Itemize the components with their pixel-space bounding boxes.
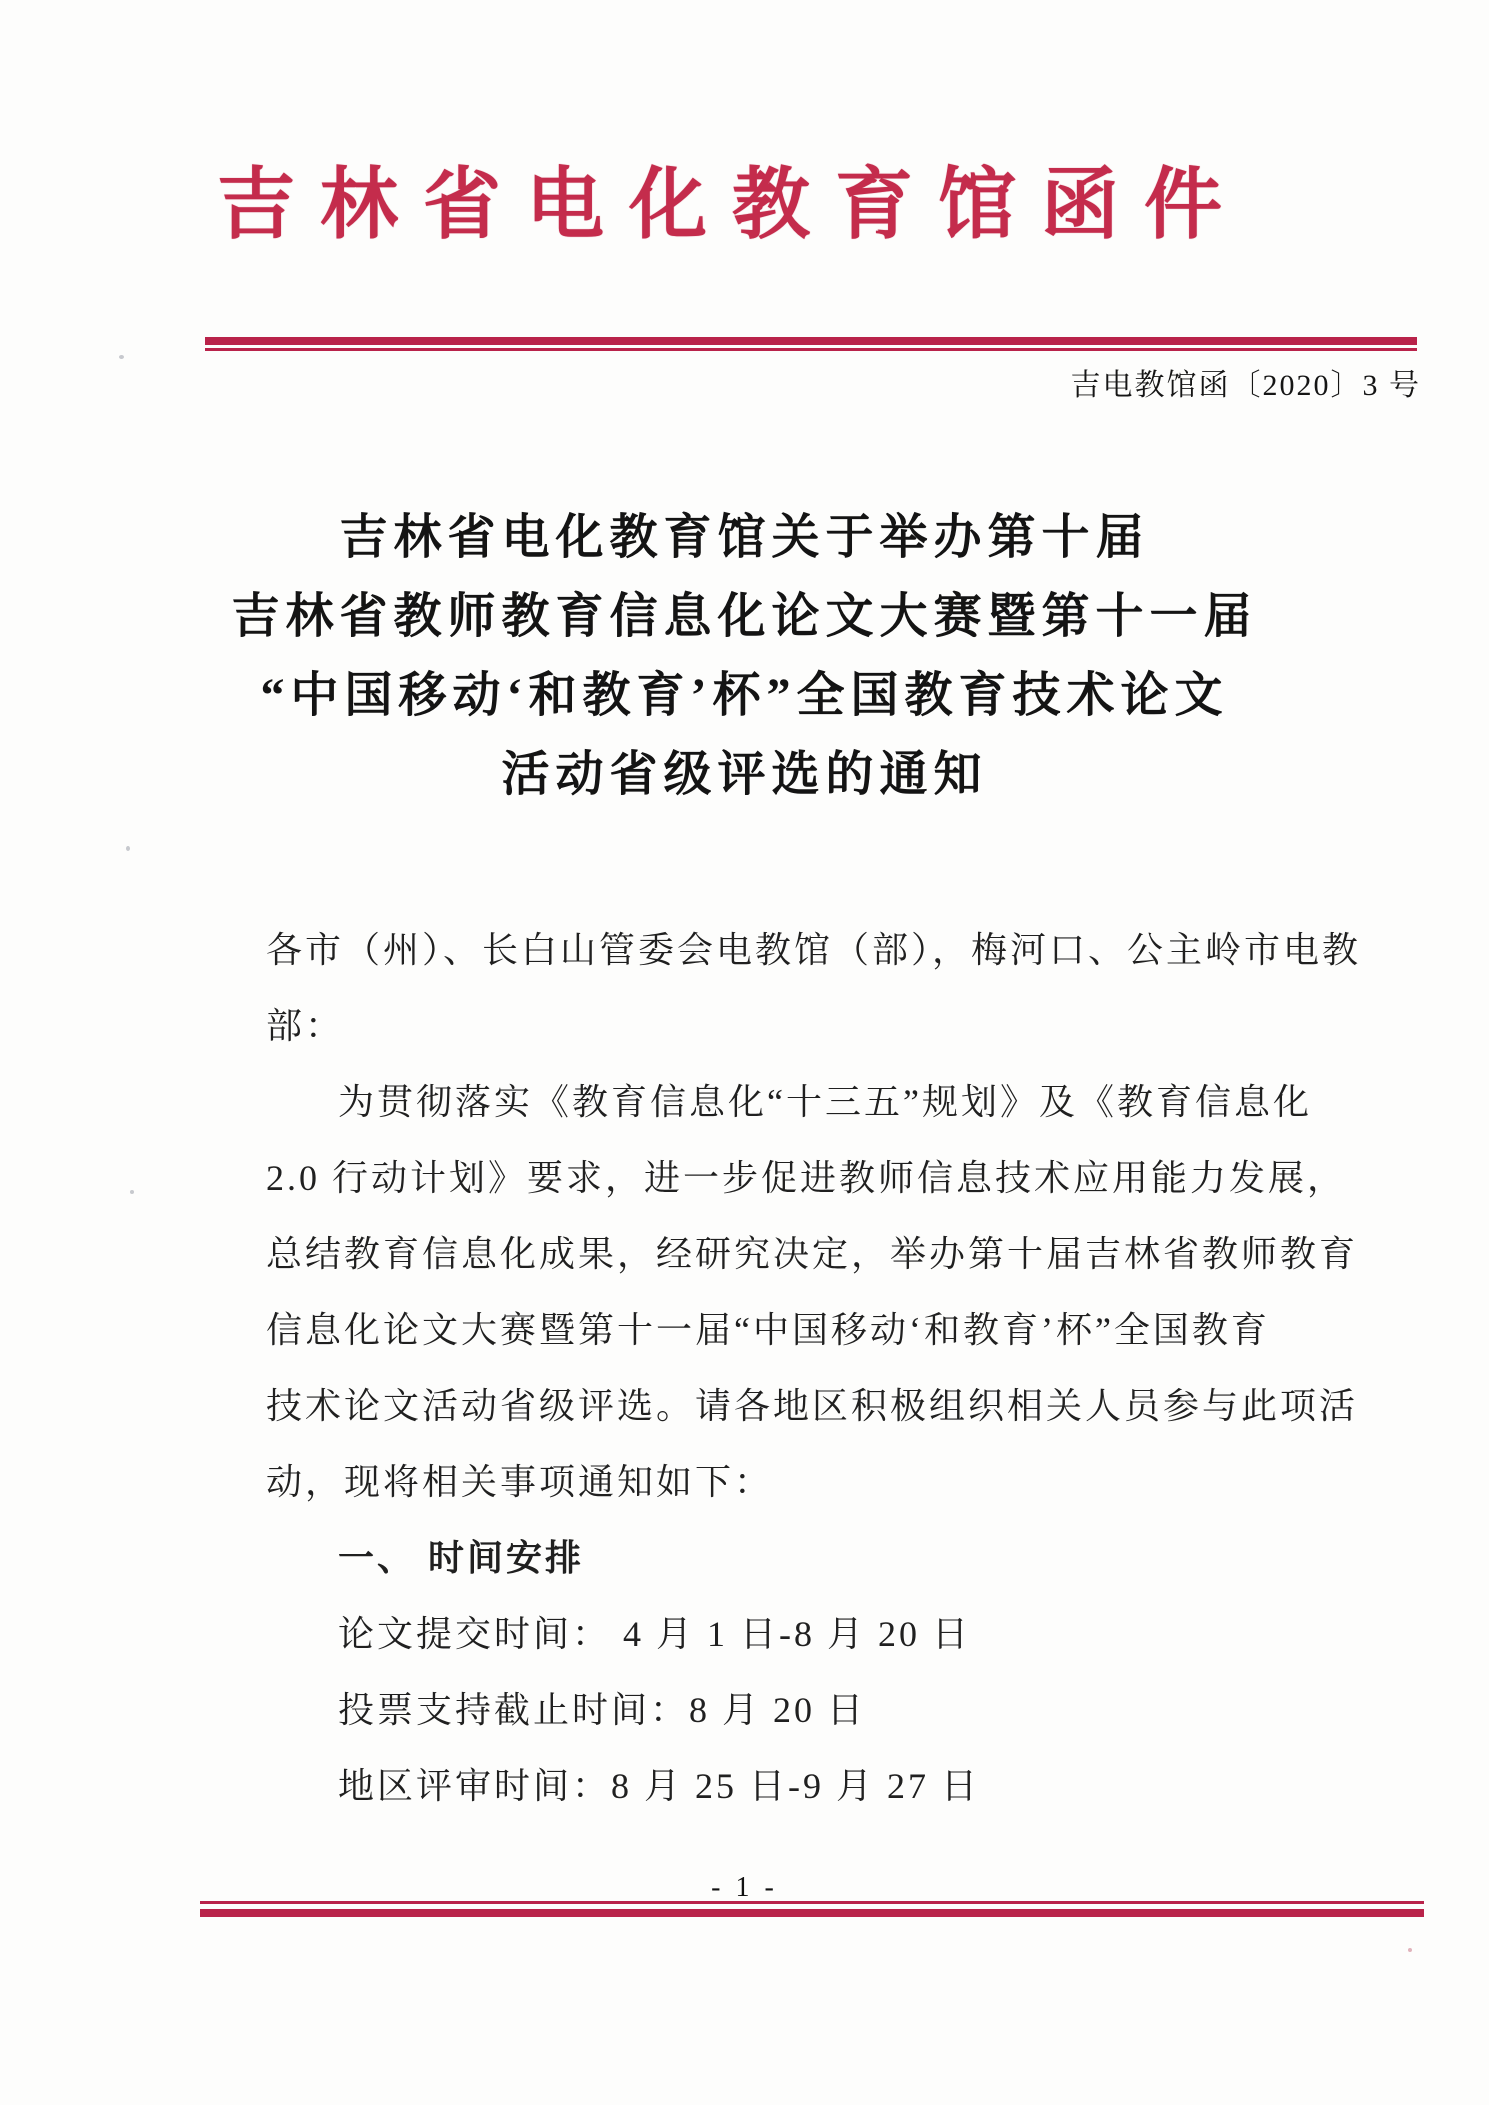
scan-speck — [130, 1190, 134, 1194]
salutation-line: 部： — [266, 988, 1436, 1064]
scan-speck — [119, 355, 124, 359]
paragraph-line: 为贯彻落实《教育信息化“十三五”规划》及《教育信息化 — [266, 1064, 1436, 1140]
schedule-line-regional-review: 地区评审时间：8 月 25 日-9 月 27 日 — [266, 1748, 1436, 1824]
document-title-line-1: 吉林省电化教育馆关于举办第十届 — [0, 498, 1489, 577]
document-body: 各市（州）、长白山管委会电教馆（部），梅河口、公主岭市电教 部： 为贯彻落实《教… — [266, 912, 1436, 1824]
schedule-line-submission: 论文提交时间： 4 月 1 日-8 月 20 日 — [266, 1596, 1436, 1672]
document-title-line-2: 吉林省教师教育信息化论文大赛暨第十一届 — [0, 577, 1489, 656]
document-title-line-4: 活动省级评选的通知 — [0, 735, 1489, 814]
document-title-line-3: “中国移动‘和教育’杯”全国教育技术论文 — [0, 656, 1489, 735]
letterhead-title: 吉林省电化教育馆函件 — [0, 142, 1489, 254]
schedule-line-voting-deadline: 投票支持截止时间：8 月 20 日 — [266, 1672, 1436, 1748]
scan-speck — [1408, 1948, 1412, 1952]
paragraph-line: 动，现将相关事项通知如下： — [266, 1444, 1436, 1520]
footer-divider-line — [200, 1901, 1424, 1917]
letterhead-divider-line — [205, 337, 1417, 351]
document-title: 吉林省电化教育馆关于举办第十届 吉林省教师教育信息化论文大赛暨第十一届 “中国移… — [0, 498, 1489, 814]
scan-speck — [126, 846, 130, 851]
document-page: 吉林省电化教育馆函件 吉电教馆函〔2020〕3 号 吉林省电化教育馆关于举办第十… — [0, 0, 1489, 2105]
salutation-line: 各市（州）、长白山管委会电教馆（部），梅河口、公主岭市电教 — [266, 912, 1436, 988]
document-number: 吉电教馆函〔2020〕3 号 — [1071, 360, 1422, 404]
paragraph-line: 技术论文活动省级评选。请各地区积极组织相关人员参与此项活 — [266, 1368, 1436, 1444]
page-number: - 1 - — [0, 1872, 1489, 1904]
paragraph-line: 总结教育信息化成果，经研究决定，举办第十届吉林省教师教育 — [266, 1216, 1436, 1292]
section-heading-schedule: 一、 时间安排 — [266, 1520, 1436, 1596]
paragraph-line: 2.0 行动计划》要求，进一步促进教师信息技术应用能力发展， — [266, 1140, 1436, 1216]
paragraph-line: 信息化论文大赛暨第十一届“中国移动‘和教育’杯”全国教育 — [266, 1292, 1436, 1368]
